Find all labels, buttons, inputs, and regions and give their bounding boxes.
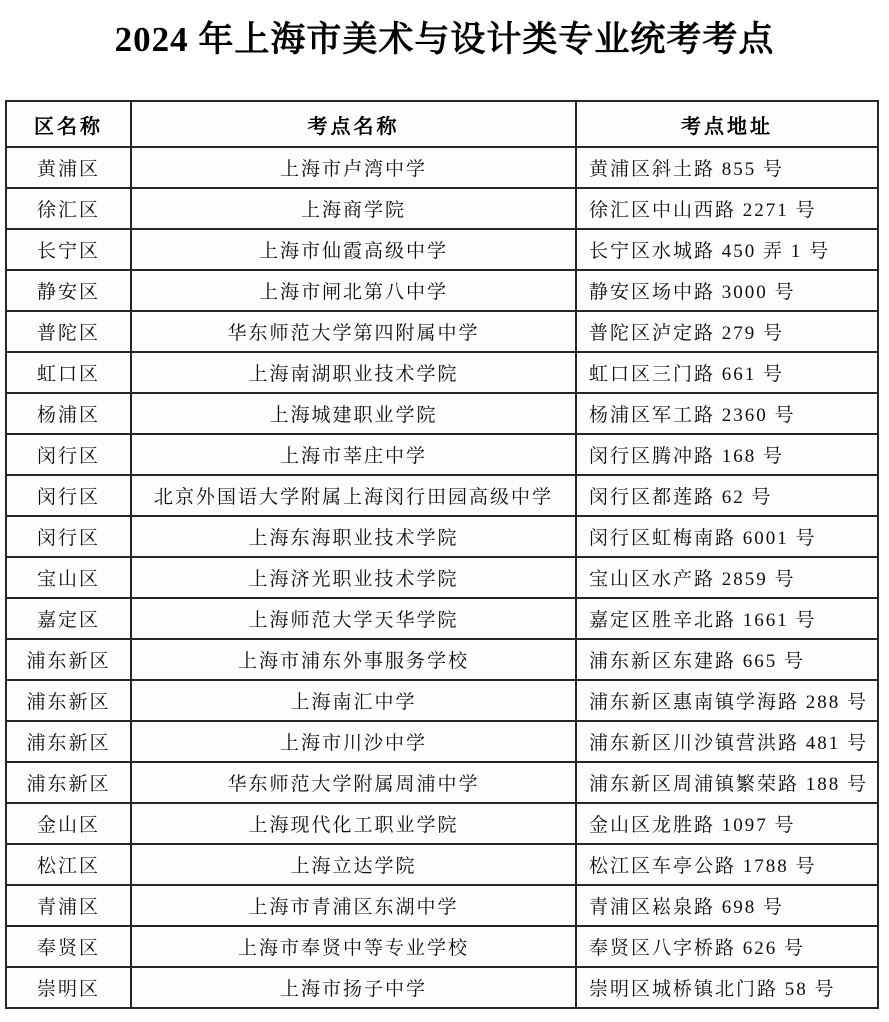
venue-cell: 上海市川沙中学: [131, 721, 576, 762]
district-cell: 闵行区: [6, 516, 131, 557]
district-cell: 浦东新区: [6, 721, 131, 762]
venue-cell: 上海市奉贤中等专业学校: [131, 926, 576, 967]
page-title: 2024 年上海市美术与设计类专业统考考点: [0, 0, 889, 62]
venue-cell: 上海市闸北第八中学: [131, 270, 576, 311]
venue-cell: 上海市仙霞高级中学: [131, 229, 576, 270]
district-cell: 金山区: [6, 803, 131, 844]
address-cell: 奉贤区八字桥路 626 号: [576, 926, 878, 967]
table-row: 徐汇区上海商学院徐汇区中山西路 2271 号: [6, 188, 878, 229]
address-cell: 金山区龙胜路 1097 号: [576, 803, 878, 844]
table-row: 崇明区上海市扬子中学崇明区城桥镇北门路 58 号: [6, 967, 878, 1008]
address-cell: 浦东新区惠南镇学海路 288 号: [576, 680, 878, 721]
address-cell: 闵行区腾冲路 168 号: [576, 434, 878, 475]
district-cell: 长宁区: [6, 229, 131, 270]
address-cell: 浦东新区周浦镇繁荣路 188 号: [576, 762, 878, 803]
district-cell: 虹口区: [6, 352, 131, 393]
table-row: 虹口区上海南湖职业技术学院虹口区三门路 661 号: [6, 352, 878, 393]
district-cell: 崇明区: [6, 967, 131, 1008]
address-cell: 崇明区城桥镇北门路 58 号: [576, 967, 878, 1008]
header-address: 考点地址: [576, 101, 878, 147]
venue-cell: 上海市青浦区东湖中学: [131, 885, 576, 926]
district-cell: 黄浦区: [6, 147, 131, 188]
venue-cell: 上海市扬子中学: [131, 967, 576, 1008]
venue-cell: 上海商学院: [131, 188, 576, 229]
address-cell: 浦东新区川沙镇营洪路 481 号: [576, 721, 878, 762]
table-row: 浦东新区上海市川沙中学浦东新区川沙镇营洪路 481 号: [6, 721, 878, 762]
venue-cell: 北京外国语大学附属上海闵行田园高级中学: [131, 475, 576, 516]
table-row: 宝山区上海济光职业技术学院宝山区水产路 2859 号: [6, 557, 878, 598]
page: { "page": { "title": "2024 年上海市美术与设计类专业统…: [0, 0, 889, 1022]
table-row: 闵行区上海东海职业技术学院闵行区虹梅南路 6001 号: [6, 516, 878, 557]
header-row: 区名称 考点名称 考点地址: [6, 101, 878, 147]
table-row: 浦东新区上海南汇中学浦东新区惠南镇学海路 288 号: [6, 680, 878, 721]
venue-cell: 上海现代化工职业学院: [131, 803, 576, 844]
table-row: 嘉定区上海师范大学天华学院嘉定区胜辛北路 1661 号: [6, 598, 878, 639]
header-venue: 考点名称: [131, 101, 576, 147]
exam-table-body: 黄浦区上海市卢湾中学黄浦区斜土路 855 号徐汇区上海商学院徐汇区中山西路 22…: [6, 147, 878, 1008]
venue-cell: 华东师范大学附属周浦中学: [131, 762, 576, 803]
district-cell: 普陀区: [6, 311, 131, 352]
address-cell: 青浦区崧泉路 698 号: [576, 885, 878, 926]
address-cell: 长宁区水城路 450 弄 1 号: [576, 229, 878, 270]
district-cell: 闵行区: [6, 475, 131, 516]
venue-cell: 上海南湖职业技术学院: [131, 352, 576, 393]
table-row: 长宁区上海市仙霞高级中学长宁区水城路 450 弄 1 号: [6, 229, 878, 270]
exam-centers-table: 区名称 考点名称 考点地址 黄浦区上海市卢湾中学黄浦区斜土路 855 号徐汇区上…: [5, 100, 879, 1009]
table-row: 闵行区上海市莘庄中学闵行区腾冲路 168 号: [6, 434, 878, 475]
table-row: 黄浦区上海市卢湾中学黄浦区斜土路 855 号: [6, 147, 878, 188]
district-cell: 闵行区: [6, 434, 131, 475]
table-row: 松江区上海立达学院松江区车亭公路 1788 号: [6, 844, 878, 885]
venue-cell: 上海东海职业技术学院: [131, 516, 576, 557]
district-cell: 奉贤区: [6, 926, 131, 967]
venue-cell: 上海南汇中学: [131, 680, 576, 721]
venue-cell: 上海城建职业学院: [131, 393, 576, 434]
district-cell: 浦东新区: [6, 639, 131, 680]
venue-cell: 上海市卢湾中学: [131, 147, 576, 188]
table-row: 闵行区北京外国语大学附属上海闵行田园高级中学闵行区都莲路 62 号: [6, 475, 878, 516]
address-cell: 杨浦区军工路 2360 号: [576, 393, 878, 434]
address-cell: 黄浦区斜土路 855 号: [576, 147, 878, 188]
district-cell: 徐汇区: [6, 188, 131, 229]
address-cell: 虹口区三门路 661 号: [576, 352, 878, 393]
district-cell: 静安区: [6, 270, 131, 311]
address-cell: 浦东新区东建路 665 号: [576, 639, 878, 680]
district-cell: 宝山区: [6, 557, 131, 598]
address-cell: 闵行区虹梅南路 6001 号: [576, 516, 878, 557]
district-cell: 嘉定区: [6, 598, 131, 639]
venue-cell: 上海立达学院: [131, 844, 576, 885]
header-district: 区名称: [6, 101, 131, 147]
address-cell: 松江区车亭公路 1788 号: [576, 844, 878, 885]
table-row: 金山区上海现代化工职业学院金山区龙胜路 1097 号: [6, 803, 878, 844]
table-row: 杨浦区上海城建职业学院杨浦区军工路 2360 号: [6, 393, 878, 434]
district-cell: 杨浦区: [6, 393, 131, 434]
venue-cell: 上海市浦东外事服务学校: [131, 639, 576, 680]
table-row: 静安区上海市闸北第八中学静安区场中路 3000 号: [6, 270, 878, 311]
table-row: 浦东新区上海市浦东外事服务学校浦东新区东建路 665 号: [6, 639, 878, 680]
venue-cell: 华东师范大学第四附属中学: [131, 311, 576, 352]
district-cell: 浦东新区: [6, 680, 131, 721]
address-cell: 普陀区泸定路 279 号: [576, 311, 878, 352]
venue-cell: 上海济光职业技术学院: [131, 557, 576, 598]
table-row: 奉贤区上海市奉贤中等专业学校奉贤区八字桥路 626 号: [6, 926, 878, 967]
address-cell: 徐汇区中山西路 2271 号: [576, 188, 878, 229]
address-cell: 静安区场中路 3000 号: [576, 270, 878, 311]
district-cell: 青浦区: [6, 885, 131, 926]
district-cell: 松江区: [6, 844, 131, 885]
table-row: 青浦区上海市青浦区东湖中学青浦区崧泉路 698 号: [6, 885, 878, 926]
address-cell: 闵行区都莲路 62 号: [576, 475, 878, 516]
table-row: 浦东新区华东师范大学附属周浦中学浦东新区周浦镇繁荣路 188 号: [6, 762, 878, 803]
table-row: 普陀区华东师范大学第四附属中学普陀区泸定路 279 号: [6, 311, 878, 352]
address-cell: 宝山区水产路 2859 号: [576, 557, 878, 598]
address-cell: 嘉定区胜辛北路 1661 号: [576, 598, 878, 639]
district-cell: 浦东新区: [6, 762, 131, 803]
venue-cell: 上海师范大学天华学院: [131, 598, 576, 639]
table-header: 区名称 考点名称 考点地址: [6, 101, 878, 147]
venue-cell: 上海市莘庄中学: [131, 434, 576, 475]
